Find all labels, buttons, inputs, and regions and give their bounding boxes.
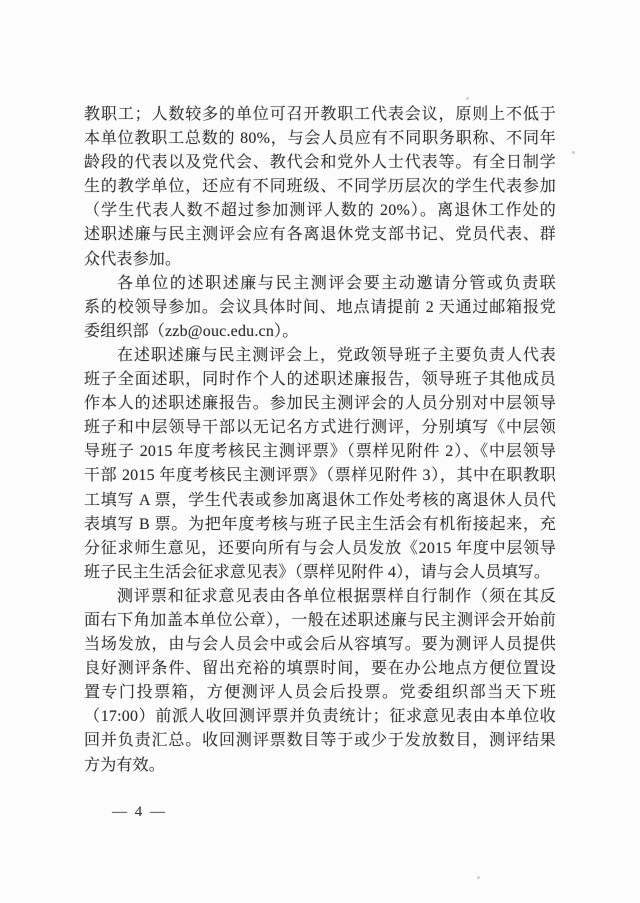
scan-speck bbox=[572, 151, 575, 154]
text-line: 班子全面述职，同时作个人的述职述廉报告，领导班子其他成员 bbox=[84, 368, 556, 392]
paragraph: 在述职述廉与民主测评会上，党政领导班子主要负责人代表班子全面述职，同时作个人的述… bbox=[84, 344, 556, 585]
paragraph: 教职工；人数较多的单位可召开教职工代表会议，原则上不低于本单位教职工总数的 80… bbox=[84, 103, 556, 272]
text-line: （17:00）前派人收回测评票并负责统计；征求意见表由本单位收 bbox=[84, 705, 556, 729]
text-line: 工填写 A 票，学生代表或参加离退休工作处考核的离退休人员代 bbox=[84, 489, 556, 513]
text-line: 生的教学单位，还应有不同班级、不同学历层次的学生代表参加 bbox=[84, 175, 556, 199]
document-body: 教职工；人数较多的单位可召开教职工代表会议，原则上不低于本单位教职工总数的 80… bbox=[84, 103, 556, 778]
text-line: 方为有效。 bbox=[84, 754, 556, 778]
text-line: 良好测评条件、留出充裕的填票时间，要在办公地点方便位置设 bbox=[84, 657, 556, 681]
text-line: （学生代表人数不超过参加测评人数的 20%）。离退休工作处的 bbox=[84, 199, 556, 223]
text-line: 置专门投票箱，方便测评人员会后投票。党委组织部当天下班 bbox=[84, 681, 556, 705]
text-line: 本单位教职工总数的 80%，与会人员应有不同职务职称、不同年 bbox=[84, 127, 556, 151]
text-line: 回并负责汇总。收回测评票数目等于或少于发放数目，测评结果 bbox=[84, 729, 556, 753]
paragraph: 各单位的述职述廉与民主测评会要主动邀请分管或负责联系的校领导参加。会议具体时间、… bbox=[84, 272, 556, 344]
text-line: 教职工；人数较多的单位可召开教职工代表会议，原则上不低于 bbox=[84, 103, 556, 127]
text-line: 龄段的代表以及党代会、教代会和党外人士代表等。有全日制学 bbox=[84, 151, 556, 175]
page-number: — 4 — bbox=[112, 804, 167, 821]
document-page: 教职工；人数较多的单位可召开教职工代表会议，原则上不低于本单位教职工总数的 80… bbox=[0, 0, 640, 903]
text-line: 表填写 B 票。为把年度考核与班子民主生活会有机衔接起来，充 bbox=[84, 513, 556, 537]
text-line: 班子民主生活会征求意见表》（票样见附件 4），请与会人员填写。 bbox=[84, 561, 556, 585]
text-line: 测评票和征求意见表由各单位根据票样自行制作（须在其反 bbox=[84, 585, 556, 609]
text-line: 各单位的述职述廉与民主测评会要主动邀请分管或负责联 bbox=[84, 272, 556, 296]
text-line: 干部 2015 年度考核民主测评票》（票样见附件 3），其中在职教职 bbox=[84, 464, 556, 488]
text-line: 系的校领导参加。会议具体时间、地点请提前 2 天通过邮箱报党 bbox=[84, 296, 556, 320]
text-line: 众代表参加。 bbox=[84, 248, 556, 272]
text-line: 述职述廉与民主测评会应有各离退休党支部书记、党员代表、群 bbox=[84, 223, 556, 247]
text-line: 作本人的述职述廉报告。参加民主测评会的人员分别对中层领导 bbox=[84, 392, 556, 416]
scan-speck bbox=[477, 876, 480, 879]
text-line: 班子和中层领导干部以无记名方式进行测评，分别填写《中层领 bbox=[84, 416, 556, 440]
text-line: 面右下角加盖本单位公章），一般在述职述廉与民主测评会开始前 bbox=[84, 609, 556, 633]
text-line: 当场发放，由与会人员会中或会后从容填写。要为测评人员提供 bbox=[84, 633, 556, 657]
scan-speck bbox=[466, 97, 469, 100]
text-line: 委组织部（zzb@ouc.edu.cn）。 bbox=[84, 320, 556, 344]
text-line: 在述职述廉与民主测评会上，党政领导班子主要负责人代表 bbox=[84, 344, 556, 368]
text-line: 分征求师生意见，还要向所有与会人员发放《2015 年度中层领导 bbox=[84, 537, 556, 561]
paragraph: 测评票和征求意见表由各单位根据票样自行制作（须在其反面右下角加盖本单位公章），一… bbox=[84, 585, 556, 778]
text-line: 导班子 2015 年度考核民主测评票》（票样见附件 2）、《中层领导 bbox=[84, 440, 556, 464]
